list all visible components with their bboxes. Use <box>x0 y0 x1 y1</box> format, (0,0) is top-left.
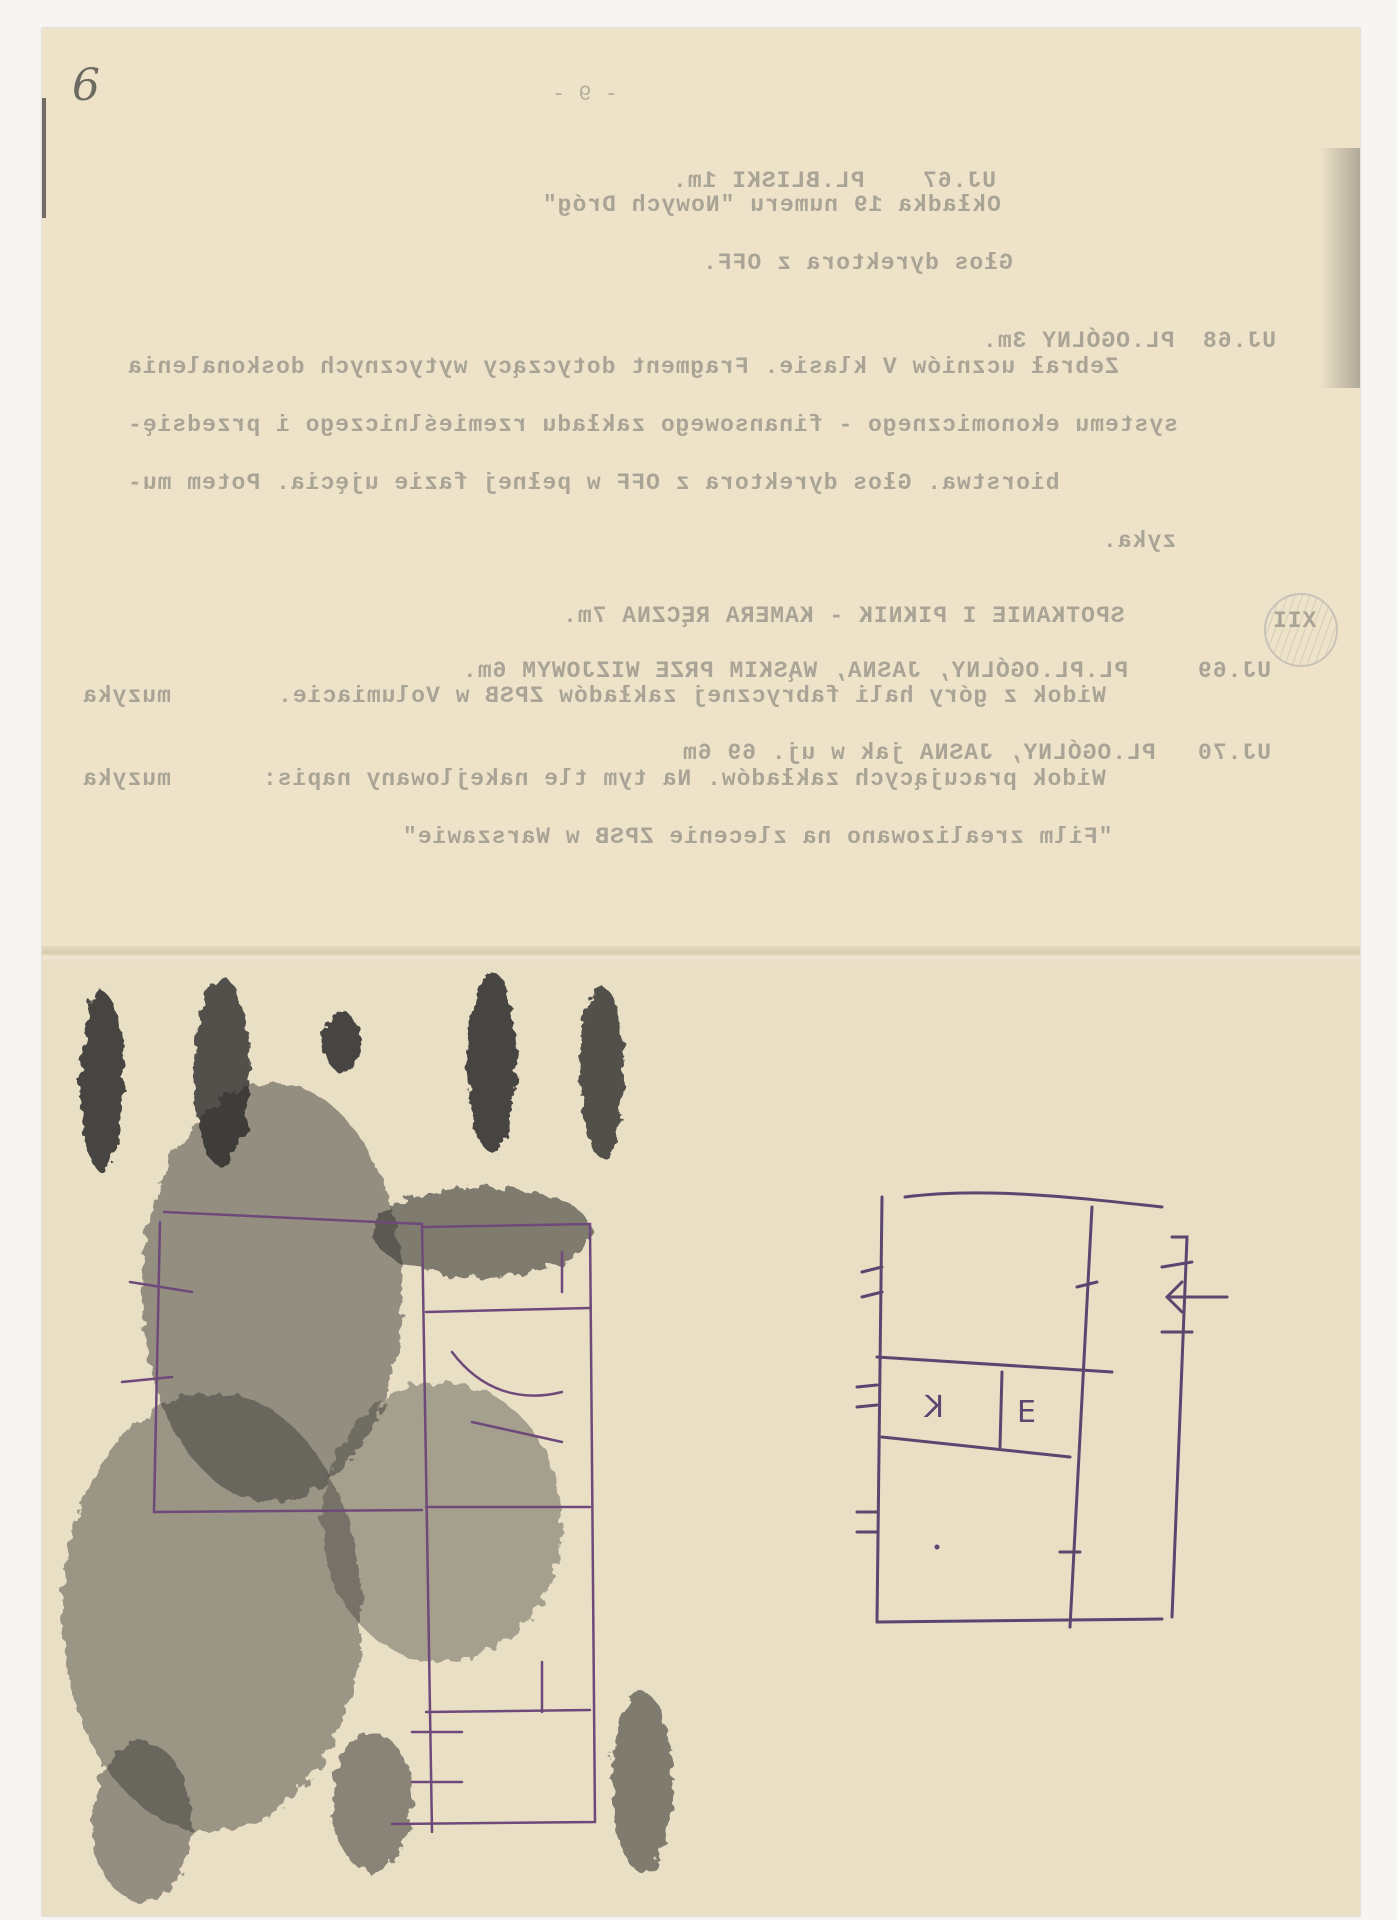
entry-shot: PL.PL.OGÓLNY, JASNA, WĄSKIM PRZE WIZJOWY… <box>462 658 1128 684</box>
ink-smudge-right <box>1320 148 1360 388</box>
entry-line: Widok pracujących zakładów. Na tym tle n… <box>262 766 1106 792</box>
handwritten-page-mark: 6 <box>72 60 100 111</box>
ink-edge-mark <box>42 98 46 218</box>
entry-line: systemu ekonomicznego - finansowego zakł… <box>127 412 1178 438</box>
room-label: E <box>1017 1395 1036 1430</box>
section-heading: SPOTKANIE I PIKNIK - KAMERA RĘCZNA 7m. <box>562 603 1125 629</box>
entry-line: biorstwa. Głos dyrektora z OFF w pełnej … <box>127 470 1060 496</box>
entry-shot: PL.BLISKI 1m. <box>672 168 864 194</box>
upper-page: 6 - 9 - UJ.67 PL.BLISKI 1m. Okładka 19 n… <box>42 28 1360 948</box>
margin-note: muzyka <box>82 766 171 792</box>
entry-line: Okładka 19 numeru "Nowych Dróg" <box>542 192 1001 218</box>
document-sheet: 6 - 9 - UJ.67 PL.BLISKI 1m. Okładka 19 n… <box>42 28 1360 1916</box>
page-number: - 9 - <box>552 82 618 107</box>
entry-id: UJ.69 <box>1197 658 1271 684</box>
floor-plan-sketch: K E <box>832 1167 1252 1657</box>
entry-id: UJ.67 <box>922 168 996 194</box>
entry-id: UJ.68 <box>1202 328 1276 354</box>
margin-note: muzyka <box>82 683 171 709</box>
entry-line: "Film zrealizowano na zlecenie ZPSB w Wa… <box>402 824 1113 850</box>
entry-line: Głos dyrektora z OFF. <box>702 250 1013 276</box>
entry-shot: PL.OGÓLNY, JASNA jak w uj. 69 6m <box>682 740 1156 766</box>
ink-smudge-sketch <box>42 962 682 1916</box>
entry-line: Widok z góry hali fabrycznej zakładów ZP… <box>277 683 1106 709</box>
entry-shot: PL.OGÓLNY 3m. <box>982 328 1174 354</box>
entry-line: zyka. <box>1102 528 1176 554</box>
entry-id: XII <box>1272 608 1316 634</box>
room-label: K <box>923 1390 944 1425</box>
lower-page: K E <box>42 962 1360 1916</box>
entry-id: UJ.70 <box>1197 740 1271 766</box>
entry-line: Zebrał uczniów V klasie. Fragment dotycz… <box>127 354 1119 380</box>
